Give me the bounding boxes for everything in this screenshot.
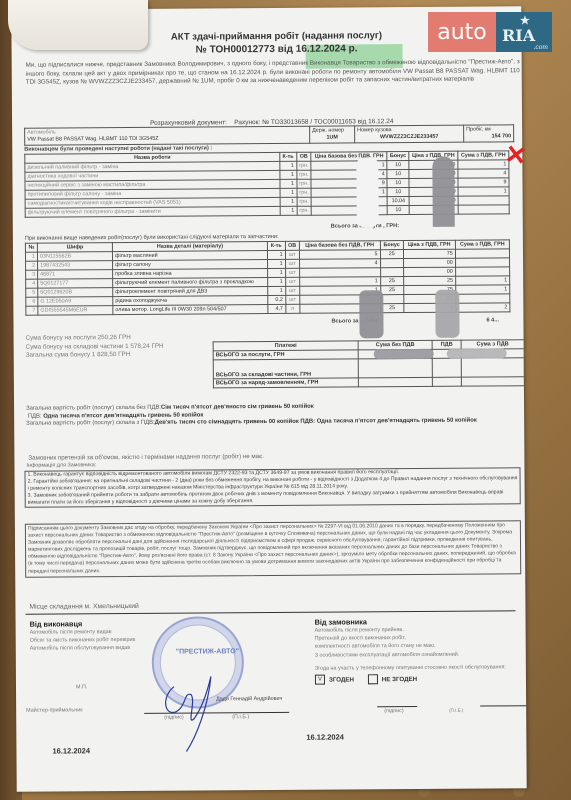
cell-qty: 1 xyxy=(268,286,286,295)
customer-statements: Автомобіль після ремонту прийняв. Претен… xyxy=(315,626,460,660)
customer-date: 16.12.2024 xyxy=(306,732,344,741)
cell-n: 4 xyxy=(26,279,38,288)
parts-total-value: 6 4... xyxy=(486,317,498,323)
place-of-issue: Місце складання м. Хмельницький xyxy=(29,603,138,611)
survey-label: Згода на участь у телефонному опитуванні… xyxy=(315,663,506,673)
cell-bonus xyxy=(380,268,403,277)
cell-sum: 2 xyxy=(456,303,510,312)
column-header: Ціна з ПДВ, ГРН xyxy=(403,240,455,249)
cell-bonus: 10 xyxy=(387,170,409,179)
cell-bonus: 10 xyxy=(387,161,409,170)
vehicle-table: АвтомобільVW Passat B8 PASSAT Wag. HLBMT… xyxy=(24,124,514,145)
column-header: № xyxy=(25,243,37,252)
cell-qty: 1 xyxy=(280,206,297,215)
cell-unit: шт xyxy=(285,259,299,268)
cell-bonus: 10,04 xyxy=(387,197,409,206)
redaction xyxy=(359,290,383,338)
divider xyxy=(25,610,515,615)
plate-cell: Держ. номер1UM xyxy=(310,126,355,143)
cell-n: 7 xyxy=(26,306,38,315)
cell-qty: 1 xyxy=(280,161,297,170)
folded-page-corner xyxy=(8,0,148,50)
cell-n: 1 xyxy=(25,252,37,261)
cell-bonus: 25 xyxy=(380,286,403,295)
cell-n: 3 xyxy=(26,270,38,279)
column-header: К-ть xyxy=(267,241,285,250)
customer-sign-caption: (підпис) xyxy=(384,707,404,715)
cell-sum xyxy=(455,258,509,267)
autoria-watermark: auto ★ RIA .com xyxy=(428,12,552,52)
payments-table: ПлатежіСума без ПДВПДВСума з ПДВ ВСЬОГО … xyxy=(213,339,525,388)
personal-data-consent: Підписанням цього документу Замовник дає… xyxy=(25,520,521,577)
cell-unit: шт xyxy=(285,277,299,286)
cell-sum xyxy=(458,196,509,205)
redaction xyxy=(356,157,378,227)
red-x-mark: ✕ xyxy=(503,139,529,173)
cell-unit: грн. xyxy=(297,197,312,206)
cell-name: олива мотор. LongLife III 0W30 209л 504/… xyxy=(113,305,268,315)
info-box: 1. Виконавець гарантує відповідність від… xyxy=(24,467,520,508)
cell-qty: 1 xyxy=(268,268,286,277)
cell-qty: 1 xyxy=(268,277,286,286)
cell-bonus: 25 xyxy=(380,277,403,286)
column-header: ОВ xyxy=(285,241,299,250)
redaction xyxy=(435,290,459,338)
cell-price: 00 xyxy=(403,267,455,276)
cell-sum: 1 xyxy=(458,160,509,169)
agree-checkbox[interactable]: VЗГОДЕН xyxy=(315,676,354,683)
cell-unit: грн. xyxy=(297,206,312,215)
cell-n: 5 xyxy=(26,288,38,297)
customer-name-caption: (П.І.Б.) xyxy=(449,707,463,715)
payment-row: ВСЬОГО за складові частини, ГРН xyxy=(213,358,524,379)
document-page: АКТ здачі-приймання робіт (надання послу… xyxy=(11,6,526,792)
payment-amount xyxy=(461,358,524,377)
cell-sum xyxy=(455,249,509,258)
cell-bonus xyxy=(380,259,403,268)
payment-amount xyxy=(432,358,461,377)
column-header: ОВ xyxy=(296,152,311,161)
redaction xyxy=(447,348,507,358)
cell-bonus: 10 xyxy=(387,206,409,215)
cell-name: фільтруючий елемент повітряного фільтра … xyxy=(25,206,280,217)
cell-sum: 9 xyxy=(458,178,509,187)
survey-options: VЗГОДЕН НЕ ЗГОДЕН xyxy=(315,674,417,685)
cell-n: 2 xyxy=(26,261,38,270)
column-header: Бонус xyxy=(380,241,403,250)
cell-qty: 1 xyxy=(280,179,297,188)
cell-unit: грн. xyxy=(297,188,312,197)
no-claims-statement: Замовник претензій за об'ємом, якістю і … xyxy=(28,453,264,462)
cell-qty: 1 xyxy=(268,259,286,268)
column-header: К-ть xyxy=(280,152,297,161)
cell-bonus: 25 xyxy=(380,304,403,313)
cell-sum: 1 xyxy=(455,285,509,294)
cell-qty: 1 xyxy=(280,188,297,197)
redaction xyxy=(432,157,454,227)
cell-unit: шт xyxy=(285,286,299,295)
customer-title: Від замовника xyxy=(315,617,367,626)
cell-code: GDIS55545M6EUR xyxy=(38,306,113,316)
cell-bonus: 10 xyxy=(387,179,409,188)
cell-sum: 1 xyxy=(455,276,509,285)
contractor-statements: Автомобіль після ремонту видав Обсяг та … xyxy=(30,628,136,653)
contractor-date: 16.12.2024 xyxy=(52,746,90,755)
name-caption: (П.І.Б.) xyxy=(232,713,249,721)
cell-price: 75 xyxy=(403,249,455,258)
cell-n: 6 xyxy=(26,297,38,306)
customer-name-line xyxy=(480,705,527,706)
car-cell: АвтомобільVW Passat B8 PASSAT Wag. HLBMT… xyxy=(25,126,310,145)
signature xyxy=(156,656,227,756)
info-item: 3. Замовник зобов'язаний прийняти роботи… xyxy=(28,490,518,508)
payment-amount xyxy=(461,377,524,386)
cell-sum xyxy=(455,267,509,276)
contractor-title: Від виконавця xyxy=(30,619,83,628)
cell-unit: шт xyxy=(285,295,299,304)
cell-unit: грн. xyxy=(296,179,311,188)
stamp-place: М.П. xyxy=(76,683,87,691)
info-label: Інформація для Замовника: xyxy=(26,462,96,468)
bonus-total: Загальна сума бонусу 1 828,50 ГРН xyxy=(26,351,176,361)
cell-sum xyxy=(458,205,509,214)
intro-paragraph: Ми, що підписалися нижче, представник За… xyxy=(26,58,520,87)
payment-label: ВСЬОГО за складові частини, ГРН xyxy=(213,359,358,379)
payment-label: ВСЬОГО за наряд-замовленням, ГРН xyxy=(213,378,358,388)
totals-in-words: Загальна вартість робіт (послуг) склала … xyxy=(26,402,526,428)
cell-bonus xyxy=(380,295,403,304)
watermark-ria: ★ RIA .com xyxy=(496,12,552,52)
column-header: Бонус xyxy=(387,152,409,161)
disagree-checkbox[interactable]: НЕ ЗГОДЕН xyxy=(368,676,417,683)
master-name: Дяди Геннадій Андрійович xyxy=(216,696,282,703)
payment-amount xyxy=(358,358,432,378)
cell-unit: шт xyxy=(285,250,299,259)
bonus-summary: Сума бонусу на послуги 250,26 ГРН Сума б… xyxy=(26,334,176,361)
cell-bonus: 10 xyxy=(387,188,409,197)
sign-caption: (підпис) xyxy=(164,714,184,722)
column-header: Сума з ПДВ, ГРН xyxy=(458,151,509,160)
cell-qty: 1 xyxy=(267,250,285,259)
cell-qty: 0,2 xyxy=(268,295,286,304)
master-role: Майстер-приймальник xyxy=(26,706,82,715)
cell-unit: грн. xyxy=(296,170,311,179)
cell-sum: 4 xyxy=(458,169,509,178)
cell-unit: шт xyxy=(285,268,299,277)
redaction xyxy=(374,349,434,359)
cell-unit: л xyxy=(285,304,299,313)
column-header: Сума з ПДВ, ГРН xyxy=(455,240,509,249)
payment-amount xyxy=(432,377,461,386)
cell-qty: 1 xyxy=(280,197,297,206)
payment-amount xyxy=(358,377,432,387)
cell-price: 25 xyxy=(403,276,455,285)
cell-price: 00 xyxy=(403,258,455,267)
payment-row: ВСЬОГО за наряд-замовленням, ГРН xyxy=(213,377,524,388)
cell-sum xyxy=(456,294,510,303)
cell-qty: 1 xyxy=(280,170,297,179)
cell-bonus: 25 xyxy=(380,250,403,259)
watermark-auto: auto xyxy=(428,12,496,52)
cell-unit: грн. xyxy=(296,161,311,170)
cell-qty: 4,7 xyxy=(268,304,286,313)
cell-sum: 1 xyxy=(458,187,509,196)
vin-cell: Номер кузоваWVWZZZ3CZJE233457 xyxy=(355,125,464,143)
